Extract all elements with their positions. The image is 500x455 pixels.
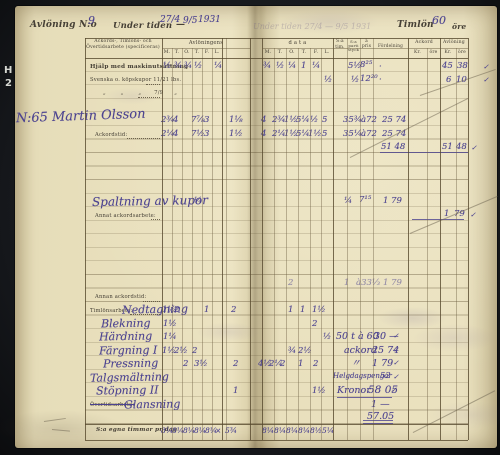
table-rule-vertical (85, 38, 86, 440)
table-rule-vertical (333, 38, 334, 440)
checkmark: ✓ (393, 333, 399, 340)
amount-ore: 38 (457, 62, 468, 71)
table-rule-vertical (162, 38, 163, 440)
day-col-right-0: M. (262, 51, 274, 56)
hand: 8²⁵ (360, 61, 372, 70)
hand: 1 79 (372, 359, 393, 369)
col-head-kr2: Kr. (440, 51, 456, 55)
hand: 2 (183, 360, 188, 369)
hand: ¾ (288, 347, 296, 356)
dotted-leader (127, 138, 160, 139)
hand: 1½ (312, 306, 326, 315)
timlon-label: Timlön (397, 21, 434, 30)
row-label-spaltning: Spaltning av kupor (92, 194, 208, 208)
checkmark: ✓ (471, 145, 477, 152)
hand: ½ (194, 62, 202, 71)
hand: 25 74 (382, 116, 406, 125)
col-head-kr1: Kr. (408, 51, 427, 55)
hand: 1 79 (383, 279, 402, 288)
desc-head-line1: Ackords-, Timlöns- och (86, 40, 160, 45)
row-label-svenska: Svenska o. köpskupor 11/21 lbs. (90, 78, 181, 83)
table-rule-vertical (212, 48, 213, 440)
table-rule-vertical (408, 38, 409, 440)
pencil-stroke (410, 196, 498, 234)
ackord-total: 51 48 (381, 143, 405, 152)
row-label-ackordstid: Ackordstid: (95, 133, 127, 138)
checkmark: ✓ (391, 387, 397, 394)
hand: 3 (204, 116, 209, 125)
dotted-leader (146, 84, 160, 85)
day-col-right-2: O. (286, 51, 298, 56)
table-rule-vertical (310, 48, 311, 440)
hand: 2½ (174, 347, 188, 356)
table-rule-horizontal (85, 38, 468, 39)
bleedthrough-ghost-text: Under tiden 27/4 — 9/5 1931 (253, 23, 371, 31)
table-rule-vertical (274, 48, 275, 440)
dotted-leader (143, 301, 160, 302)
hand: 8¼ (262, 427, 274, 435)
table-rule-vertical (360, 38, 361, 440)
hand: ¾ (174, 62, 182, 71)
hand: 8¼ (286, 427, 298, 435)
hand: 3 (204, 130, 209, 139)
pencil-stroke (44, 418, 66, 422)
avloning-no-value: 9 (88, 15, 95, 26)
table-rule-vertical (286, 48, 287, 440)
hand: 2 (312, 320, 317, 329)
day-col-left-3: T. (192, 51, 202, 56)
annotation-layer: Avlöning N:o 9 Under tiden 27/4 — 9/5 19… (0, 0, 500, 455)
table-rule-vertical (373, 38, 374, 440)
hand: 1⅛ (229, 116, 243, 125)
summary-kronor-label: Kronor (337, 386, 371, 396)
checkmark: ✓ (393, 347, 399, 354)
hand: 2 (174, 306, 179, 315)
process-pressning: Pressning (103, 358, 158, 370)
table-rule-vertical (192, 48, 193, 440)
hand: à72 (361, 116, 377, 125)
hand: 1¼ (163, 333, 177, 342)
avloning-label: Avlöning N:o (30, 21, 97, 30)
left-group-head: Avlöningens (162, 41, 250, 46)
day-col-left-2: O. (182, 51, 192, 56)
hand: 3½ (194, 360, 208, 369)
hand: 2 (233, 360, 238, 369)
hand: à72 (361, 130, 377, 139)
checkmark: ✓ (393, 360, 399, 367)
table-rule-horizontal (262, 48, 468, 49)
day-col-left-4: F. (202, 51, 212, 56)
day-col-right-5: L. (321, 51, 333, 56)
day-col-right-3: T. (298, 51, 310, 56)
table-rule-vertical (202, 48, 203, 440)
hand: 2 (288, 279, 293, 288)
table-rule-vertical (250, 38, 251, 440)
col-head-satim: S:a (333, 40, 347, 44)
day-col-left-0: M. (162, 51, 172, 56)
hand: 51 (442, 143, 453, 152)
hand: 5 (322, 130, 327, 139)
ledger-photo: Avlöning N:o 9 Under tiden 27/4 — 9/5 19… (0, 0, 500, 455)
hand: 12²⁰ (360, 75, 378, 84)
hand: 8¼ (298, 427, 310, 435)
hand: ¼ (344, 197, 352, 206)
ink-rule (380, 152, 468, 153)
margin-tab-2: 2 (5, 79, 12, 89)
col-head-ackord: Ackord (408, 41, 440, 46)
table-rule-vertical (222, 38, 223, 440)
hand: 4 (173, 116, 178, 125)
worker-name: N:65 Martin Olsson (16, 108, 146, 126)
hand: ¼ (214, 62, 222, 71)
hand: 2 (313, 360, 318, 369)
hand: 1 (204, 306, 209, 315)
col-head-ore2: öre (456, 51, 468, 55)
table-rule-vertical (427, 48, 428, 440)
day-col-right-1: T. (274, 51, 286, 56)
table-rule-vertical (468, 38, 469, 440)
hand: 1½ (312, 387, 326, 396)
hand: × (215, 427, 221, 435)
process-stopning: Stöpning II (96, 384, 159, 396)
dotted-leader (151, 219, 160, 220)
pencil-stroke (413, 390, 496, 433)
process-hardning: Härdning (99, 331, 152, 343)
hand: ¼ (194, 197, 202, 206)
hand: 1 (301, 62, 306, 71)
hand: ½ (163, 62, 171, 71)
hand: · (379, 76, 382, 85)
table-rule-vertical (456, 48, 457, 440)
hand: 52 (380, 372, 391, 381)
col-head-ore1: öre (427, 51, 440, 55)
table-rule-horizontal (85, 424, 468, 425)
hand: 1 (288, 306, 293, 315)
dotted-leader (138, 97, 160, 98)
hand: ¼ (312, 62, 320, 71)
table-rule-horizontal (85, 440, 468, 441)
hand: 2 (280, 360, 285, 369)
ink-rule (363, 420, 393, 421)
hand: ¾ (263, 62, 271, 71)
right-group-head: d a t a (262, 41, 333, 46)
dotted-leader (130, 314, 160, 315)
hand: 1 (300, 306, 305, 315)
process-blekning: Blekning (101, 317, 151, 329)
checkmark: ✓ (483, 64, 489, 71)
period-to-value: 9/5 (183, 17, 197, 26)
table-rule-vertical (182, 48, 183, 440)
hand: ½ (324, 76, 332, 85)
hand: ½ (351, 76, 359, 85)
table-rule-horizontal (162, 48, 250, 49)
hand: 1 79 (383, 197, 402, 206)
table-rule-vertical (262, 38, 263, 440)
day-col-left-5: L. (212, 51, 222, 56)
table-rule-vertical (298, 48, 299, 440)
table-rule-vertical (172, 48, 173, 440)
timlon-value: 60 (432, 15, 446, 26)
process-fargning: Färgning I (99, 344, 158, 356)
table-rule-vertical (347, 38, 348, 440)
hand: ½ (323, 333, 331, 342)
table-rule-vertical (321, 48, 322, 440)
ink-rule (337, 397, 392, 398)
checkmark: ✓ (483, 77, 489, 84)
hand: 1½ (163, 320, 177, 329)
hand: 48 (456, 143, 467, 152)
amount-kr: 45 (442, 62, 453, 71)
hand: · (379, 63, 382, 72)
hand: ¼ (288, 62, 296, 71)
hand: 4 (173, 130, 178, 139)
margin-tab-h: H (4, 66, 12, 76)
row-label-ditto: „ „ „ 7/9 „ (103, 91, 177, 96)
process-talgsmaltning: Talgsmältning (90, 371, 169, 383)
hand: ½ (276, 62, 284, 71)
day-col-left-1: T. (172, 51, 182, 56)
hand: ¾ (184, 62, 192, 71)
table-rule-horizontal (85, 58, 468, 59)
hand: 1 (233, 387, 238, 396)
ore-label: öre (452, 23, 466, 31)
hand: 5 (322, 116, 327, 125)
hand: ½ (310, 116, 318, 125)
hand: 8¼ (274, 427, 286, 435)
hand: 1½ (229, 130, 243, 139)
desc-head-line2: Övertidsarbete (specificeras) (86, 46, 160, 51)
table-rule-vertical (440, 38, 441, 440)
year-value: 1931 (198, 16, 221, 25)
table-rule-vertical (226, 38, 227, 440)
pencil-stroke (52, 429, 70, 432)
checkmark: ✓ (470, 212, 476, 219)
hand: 6 (446, 76, 451, 85)
checkmark: ✓ (393, 374, 399, 381)
row-label-annan-ackordstid: Annan ackordstid: (95, 295, 146, 300)
hand: 2 (231, 306, 236, 315)
row-label-annat-ackordsarbete: Annat ackordsarbete: (95, 214, 156, 219)
col-head-avloning: Avlöning (440, 41, 468, 46)
